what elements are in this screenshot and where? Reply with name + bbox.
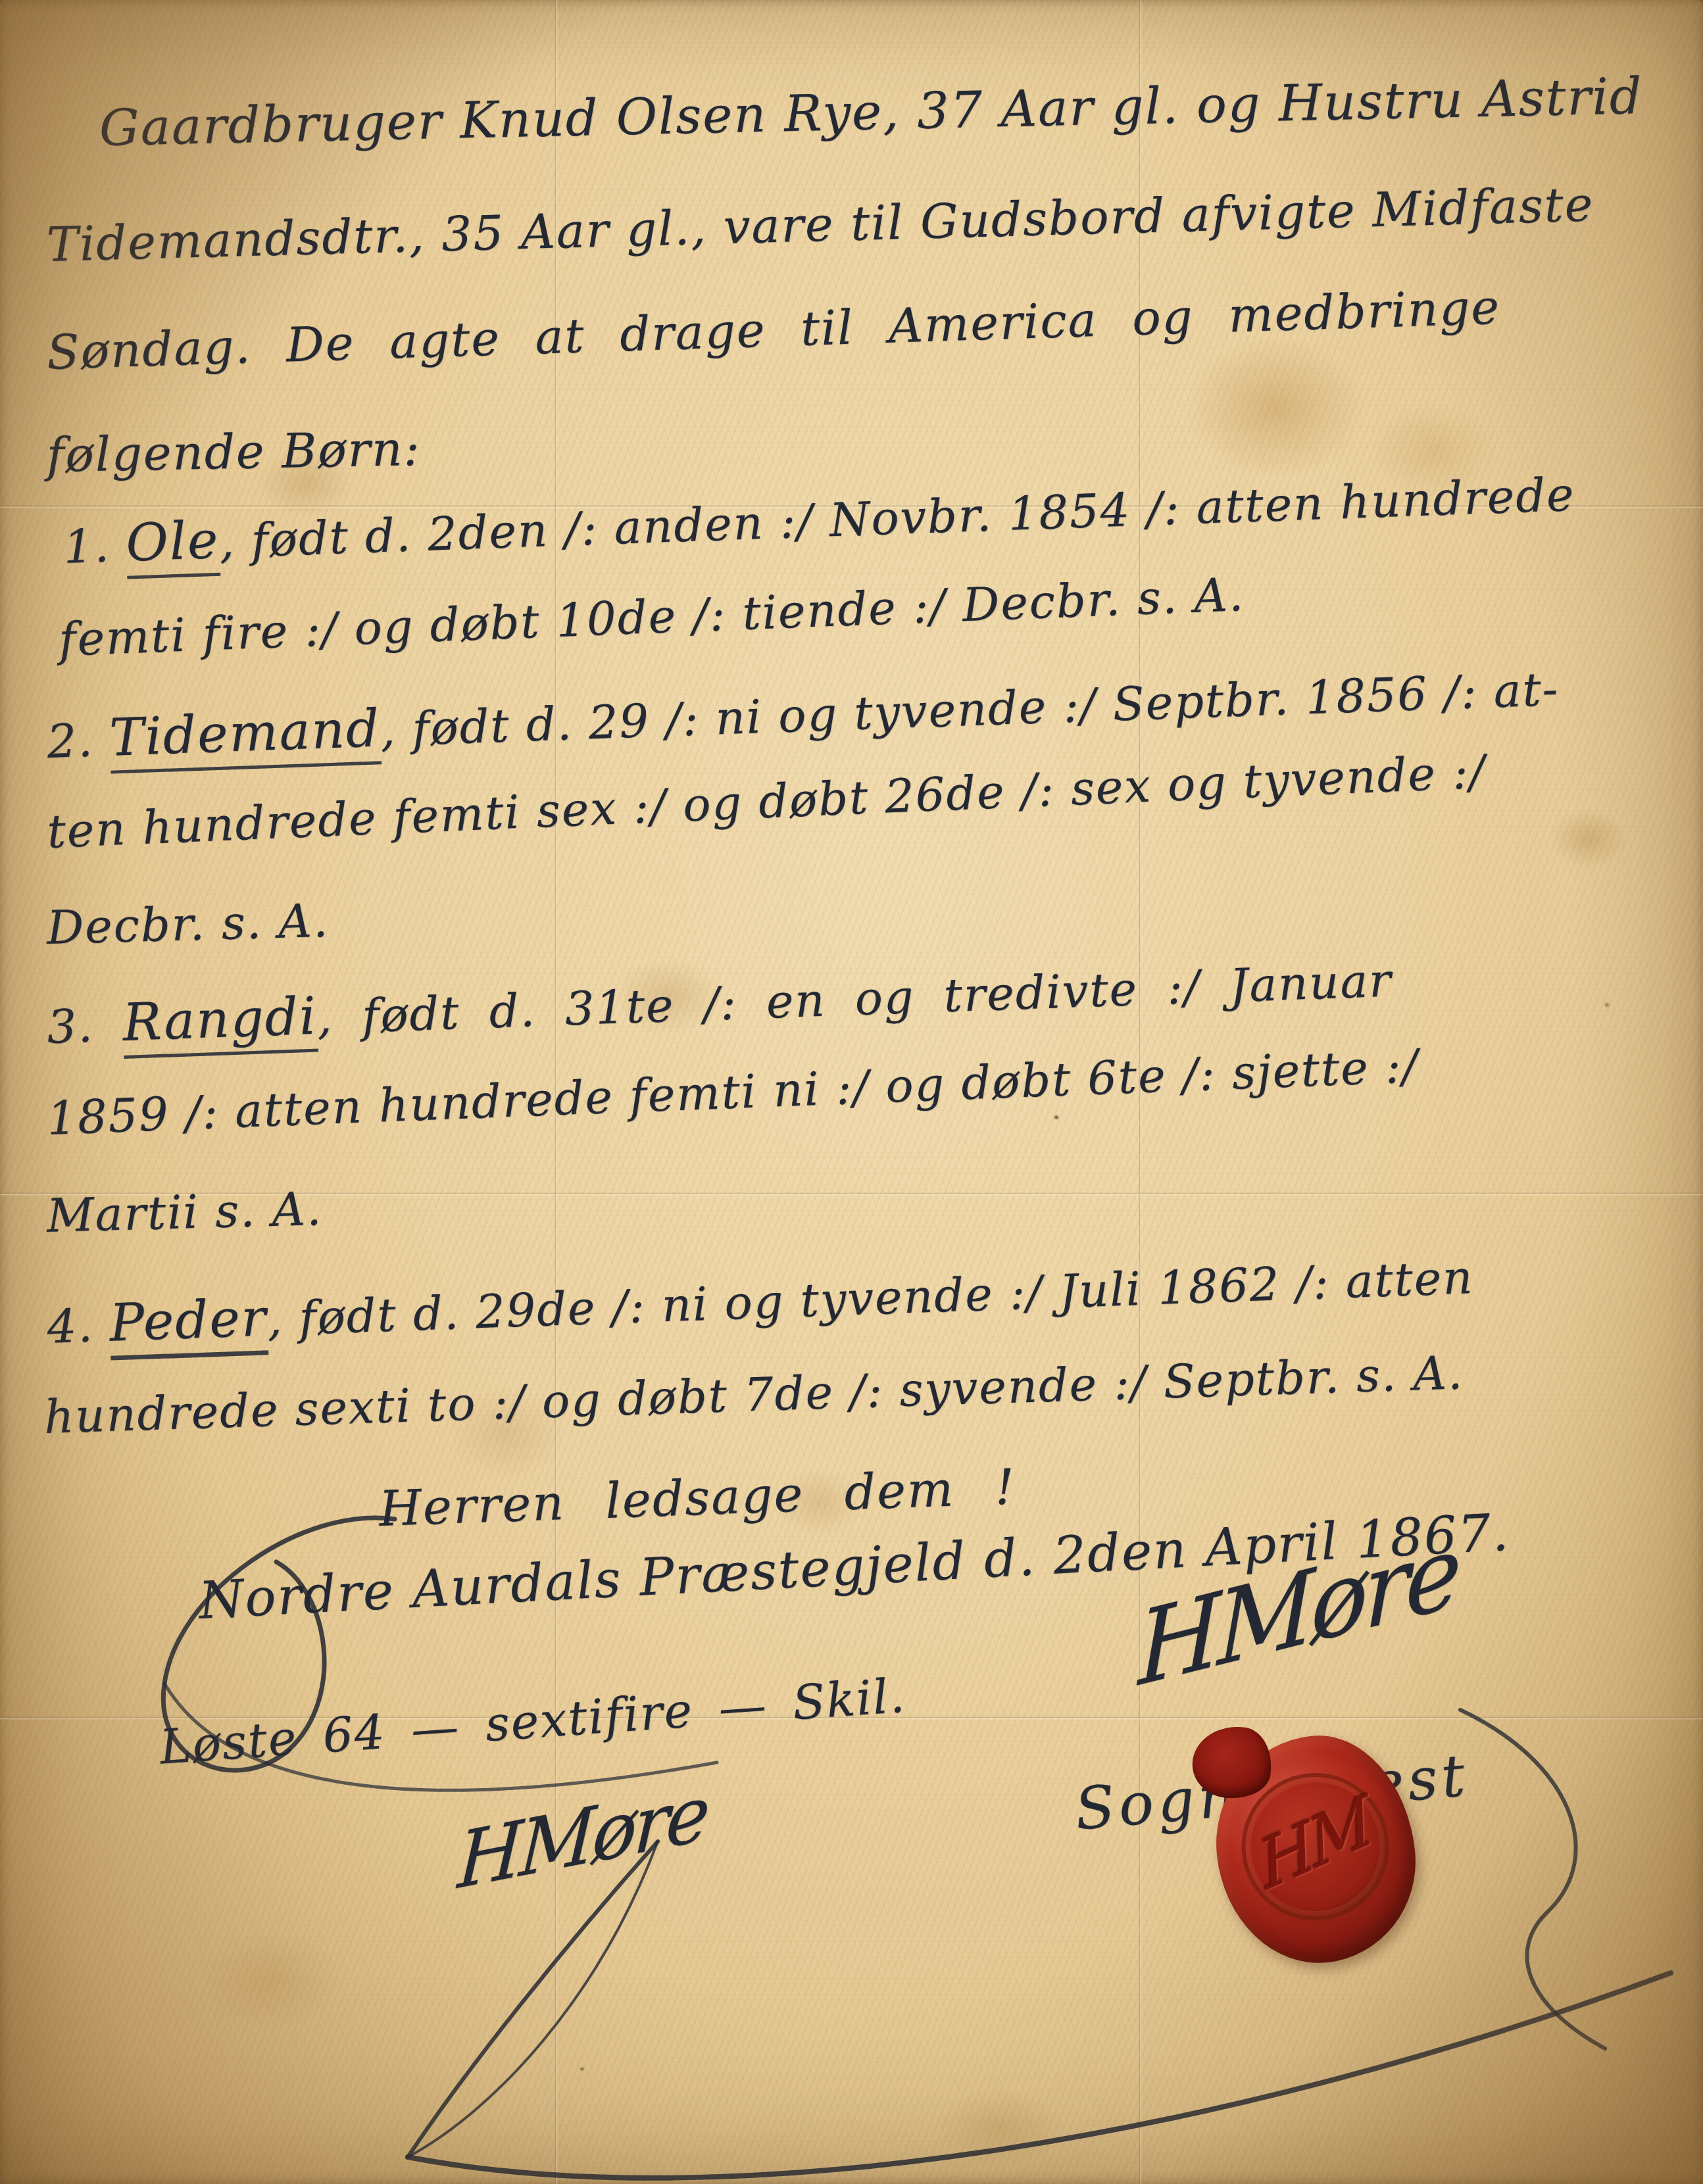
child-1-number: 1. (62, 519, 111, 574)
child-3-line-3: Martii s. A. (46, 1182, 323, 1243)
scanned-letter: Gaardbruger Knud Olsen Rye, 37 Aar gl. o… (0, 0, 1703, 2184)
child-4-number: 4. (46, 1299, 95, 1354)
child-3-name: Rangdi (122, 986, 318, 1059)
child-2-line-3: Decbr. s. A. (46, 894, 330, 955)
seal-monogram: HM (1253, 1782, 1376, 1906)
child-2-number: 2. (46, 714, 95, 769)
child-3-number: 3. (46, 999, 95, 1054)
child-1-name: Ole (125, 510, 220, 579)
child-4-name: Peder (109, 1288, 268, 1360)
child-2-name: Tidemand (109, 698, 382, 773)
intro-line-4: følgende Børn: (46, 421, 421, 483)
